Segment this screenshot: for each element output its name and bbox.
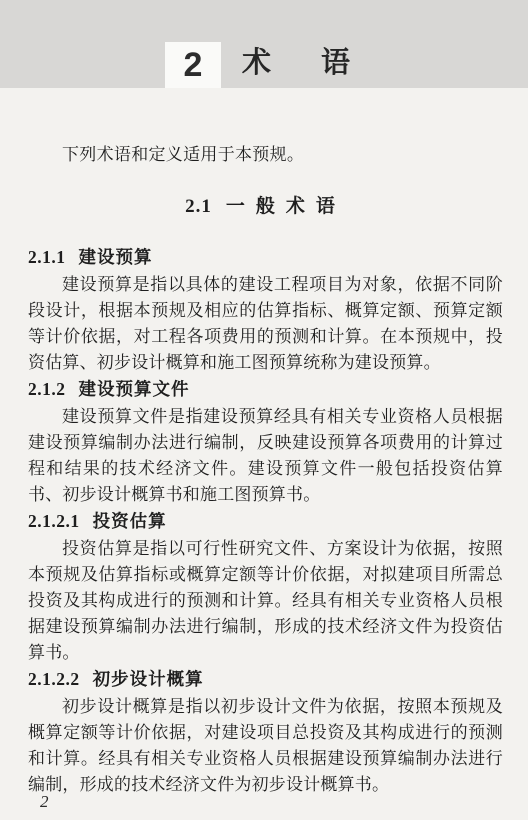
entry-title: 投资估算 xyxy=(93,511,167,531)
entry-body: 建设预算文件是指建设预算经具有相关专业资格人员根据建设预算编制办法进行编制，反映… xyxy=(28,404,503,508)
entry-heading: 2.1.2.2初步设计概算 xyxy=(28,666,503,694)
page-number: 2 xyxy=(40,792,49,812)
entry-number: 2.1.2.1 xyxy=(28,511,80,531)
intro-paragraph: 下列术语和定义适用于本预规。 xyxy=(28,142,503,168)
entry-2-1-2: 2.1.2建设预算文件 建设预算文件是指建设预算经具有相关专业资格人员根据建设预… xyxy=(28,376,503,508)
chapter-number: 2 xyxy=(184,48,203,82)
entry-number: 2.1.1 xyxy=(28,247,66,267)
chapter-header-band: 2 术语 xyxy=(0,0,528,88)
section-number: 2.1 xyxy=(185,196,212,217)
section-name: 一般术语 xyxy=(226,196,346,217)
entry-body: 建设预算是指以具体的建设工程项目为对象，依据不同阶段设计，根据本预规及相应的估算… xyxy=(28,272,503,376)
entry-number: 2.1.2.2 xyxy=(28,669,80,689)
entry-heading: 2.1.2.1投资估算 xyxy=(28,508,503,536)
terminology-entries: 2.1.1建设预算 建设预算是指以具体的建设工程项目为对象，依据不同阶段设计，根… xyxy=(28,244,503,798)
entry-title: 初步设计概算 xyxy=(93,669,204,689)
entry-2-1-2-2: 2.1.2.2初步设计概算 初步设计概算是指以初步设计文件为依据，按照本预规及概… xyxy=(28,666,503,798)
chapter-title: 术语 xyxy=(242,48,400,80)
document-page: 2 术语 下列术语和定义适用于本预规。 2.1一般术语 2.1.1建设预算 建设… xyxy=(0,0,528,820)
entry-number: 2.1.2 xyxy=(28,379,66,399)
page-content: 下列术语和定义适用于本预规。 2.1一般术语 2.1.1建设预算 建设预算是指以… xyxy=(0,142,528,798)
entry-title: 建设预算 xyxy=(79,247,153,267)
entry-title: 建设预算文件 xyxy=(79,379,190,399)
entry-body: 投资估算是指以可行性研究文件、方案设计为依据，按照本预规及估算指标或概算定额等计… xyxy=(28,536,503,666)
entry-2-1-1: 2.1.1建设预算 建设预算是指以具体的建设工程项目为对象，依据不同阶段设计，根… xyxy=(28,244,503,376)
section-heading: 2.1一般术语 xyxy=(28,194,503,220)
chapter-number-box: 2 xyxy=(165,42,221,88)
entry-body: 初步设计概算是指以初步设计文件为依据，按照本预规及概算定额等计价依据，对建设项目… xyxy=(28,694,503,798)
entry-heading: 2.1.1建设预算 xyxy=(28,244,503,272)
entry-heading: 2.1.2建设预算文件 xyxy=(28,376,503,404)
entry-2-1-2-1: 2.1.2.1投资估算 投资估算是指以可行性研究文件、方案设计为依据，按照本预规… xyxy=(28,508,503,666)
